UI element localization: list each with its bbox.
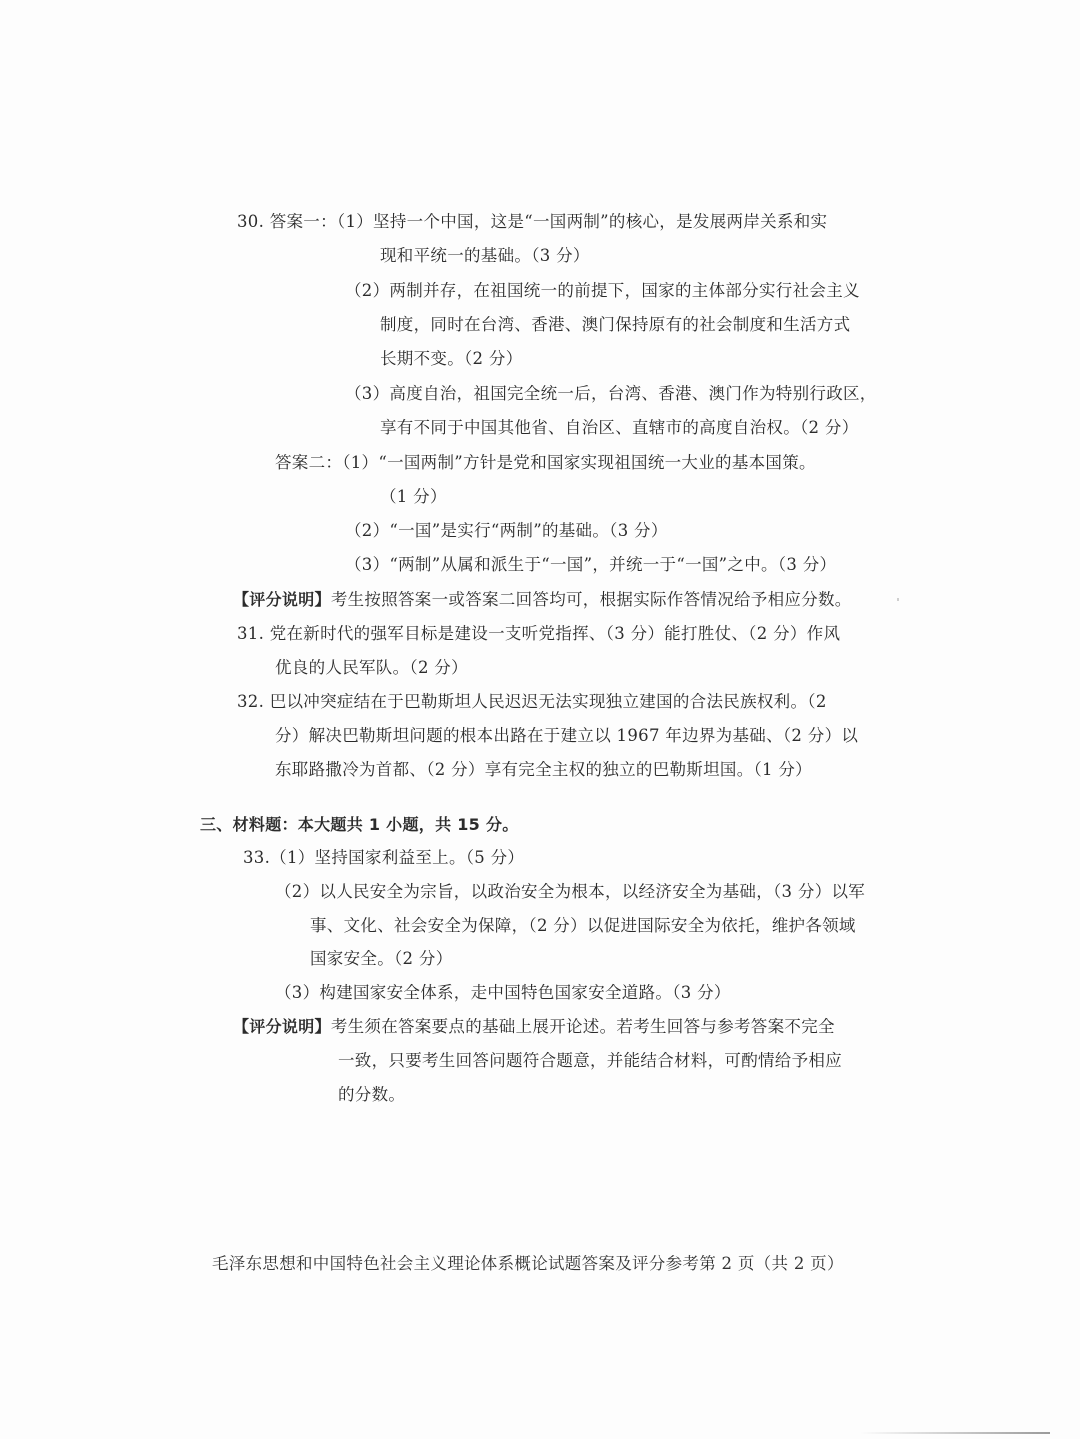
q32-text: 巴以冲突症结在于巴勒斯坦人民迟迟无法实现独立建国的合法民族权利。（2	[270, 692, 827, 711]
q32-line1: 32. 巴以冲突症结在于巴勒斯坦人民迟迟无法实现独立建国的合法民族权利。（2	[237, 691, 827, 713]
scoring-note-text: 考生须在答案要点的基础上展开论述。若考生回答与参考答案不完全	[331, 1017, 835, 1036]
page-footer: 毛泽东思想和中国特色社会主义理论体系概论试题答案及评分参考第 2 页（共 2 页…	[212, 1253, 844, 1275]
q31-number: 31.	[237, 624, 264, 643]
scoring-note-label: 【评分说明】	[233, 590, 331, 609]
q33-scoring-note-line1: 【评分说明】考生须在答案要点的基础上展开论述。若考生回答与参考答案不完全	[233, 1016, 835, 1038]
q33-scoring-note-line2: 一致，只要考生回答问题符合题意，并能结合材料，可酌情给予相应	[338, 1050, 842, 1072]
q33-p2-line1: （2）以人民安全为宗旨，以政治安全为根本，以经济安全为基础，（3 分）以军	[275, 881, 865, 903]
q32-line3: 东耶路撒冷为首都、（2 分）享有完全主权的独立的巴勒斯坦国。（1 分）	[275, 759, 812, 781]
q33-p2-line2: 事、文化、社会安全为保障，（2 分）以促进国际安全为依托，维护各领域	[310, 915, 856, 937]
q30-a1-p3-line2: 享有不同于中国其他省、自治区、直辖市的高度自治权。（2 分）	[380, 417, 859, 439]
q30-a2-p1-text: （1）“一国两制”方针是党和国家实现祖国统一大业的基本国策。	[342, 453, 816, 472]
q30-answer1-label: 答案一：	[270, 212, 337, 231]
q30-answer2-line1: 答案二：（1）“一国两制”方针是党和国家实现祖国统一大业的基本国策。	[275, 452, 816, 474]
q30-scoring-note: 【评分说明】考生按照答案一或答案二回答均可，根据实际作答情况给予相应分数。	[233, 589, 852, 611]
q33-p1: 33.（1）坚持国家利益至上。（5 分）	[243, 847, 524, 869]
q30-a2-p2: （2）“一国”是实行“两制”的基础。（3 分）	[345, 520, 668, 542]
q30-line1: 30. 答案一：（1）坚持一个中国，这是“一国两制”的核心，是发展两岸关系和实	[237, 211, 827, 233]
scan-speck	[897, 598, 899, 601]
scoring-note-label: 【评分说明】	[233, 1017, 331, 1036]
q30-a1-p2-line2: 制度，同时在台湾、香港、澳门保持原有的社会制度和生活方式	[380, 314, 850, 336]
q33-p2-line3: 国家安全。（2 分）	[310, 948, 453, 970]
q30-a2-p1-line2: （1 分）	[380, 486, 447, 508]
q30-a1-p1-line2: 现和平统一的基础。（3 分）	[380, 245, 590, 267]
q31-text: 党在新时代的强军目标是建设一支听党指挥、（3 分）能打胜仗、（2 分）作风	[270, 624, 841, 643]
section3-heading: 三、材料题：本大题共 1 小题，共 15 分。	[200, 814, 519, 836]
scoring-note-text: 考生按照答案一或答案二回答均可，根据实际作答情况给予相应分数。	[331, 590, 852, 609]
q30-answer2-label: 答案二：	[275, 453, 342, 472]
q33-scoring-note-line3: 的分数。	[338, 1084, 405, 1106]
q33-p3: （3）构建国家安全体系，走中国特色国家安全道路。（3 分）	[275, 982, 731, 1004]
q30-a1-p3-line1: （3）高度自治，祖国完全统一后，台湾、香港、澳门作为特别行政区，	[345, 383, 877, 405]
q31-line1: 31. 党在新时代的强军目标是建设一支听党指挥、（3 分）能打胜仗、（2 分）作…	[237, 623, 840, 645]
scanned-answer-page: 30. 答案一：（1）坚持一个中国，这是“一国两制”的核心，是发展两岸关系和实 …	[0, 0, 1080, 1439]
q32-number: 32.	[237, 692, 264, 711]
q30-a2-p3: （3）“两制”从属和派生于“一国”，并统一于“一国”之中。（3 分）	[345, 554, 836, 576]
scan-edge-line	[860, 1432, 1050, 1434]
q30-a1-p2-line1: （2）两制并存，在祖国统一的前提下，国家的主体部分实行社会主义	[345, 280, 860, 302]
q30-a1-p1-text: （1）坚持一个中国，这是“一国两制”的核心，是发展两岸关系和实	[337, 212, 827, 231]
q31-line2: 优良的人民军队。（2 分）	[275, 657, 468, 679]
q30-a1-p2-line3: 长期不变。（2 分）	[380, 348, 523, 370]
q32-line2: 分）解决巴勒斯坦问题的根本出路在于建立以 1967 年边界为基础、（2 分）以	[275, 725, 858, 747]
q30-number: 30.	[237, 212, 264, 231]
